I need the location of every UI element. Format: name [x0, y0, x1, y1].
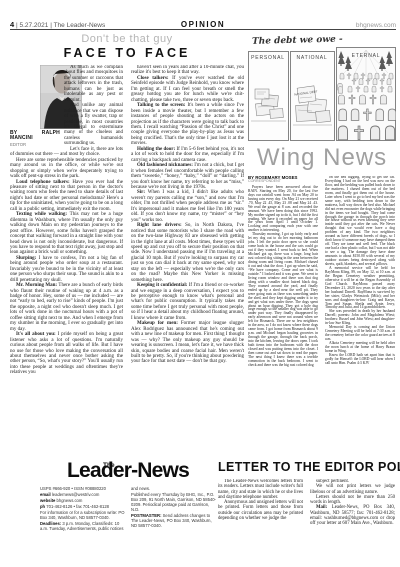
- wing-news-article: BY ROSEMARY MOSES CORRESPONDENT Prayers …: [248, 176, 396, 426]
- masthead-the: The: [103, 455, 115, 477]
- editorial-cartoon: The debt we owe -: [248, 35, 396, 141]
- panel-label-personal: PERSONAL: [251, 55, 285, 61]
- cartoon-panel-personal: PERSONAL: [249, 52, 289, 141]
- article-column-1: BY RALPH MANCINI EDITOR As much as we co…: [10, 65, 123, 453]
- wing-news-column-1-text: Prayers have been answered about the RAI…: [248, 186, 318, 368]
- letter-policy-column-1: The Leader-News welcomes letters from it…: [218, 479, 303, 547]
- cartoon-drawing: PERSONAL NATIONAL: [248, 47, 396, 141]
- page-header: 4 | 5.27.2021 | The Leader-News OPINION …: [10, 14, 396, 30]
- letter-policy-column-2: subject pertinent.We will not print lett…: [310, 479, 395, 547]
- article-kicker: Don't be that guy: [10, 33, 244, 45]
- author-byline: BY RALPH MANCINI: [10, 131, 60, 142]
- section-title: OPINION: [139, 20, 268, 29]
- letter-policy-headline: LETTER TO THE EDITOR POLICY: [218, 460, 396, 474]
- page-info: 4 | 5.27.2021 | The Leader-News: [10, 20, 139, 29]
- newspaper-opinion-page: 4 | 5.27.2021 | The Leader-News OPINION …: [0, 0, 400, 567]
- wing-news-byline-title: CORRESPONDENT: [248, 180, 318, 184]
- author-photo-block: BY RALPH MANCINI EDITOR: [10, 65, 60, 147]
- wing-news-column-2-text: on the bed digging, trying to get the ca…: [325, 176, 395, 366]
- masthead: The Leader-News USPS #666-920 • ISSN #08…: [40, 460, 216, 532]
- website-url: bhgnews.com: [267, 22, 396, 29]
- wing-news-headline: Wing News: [248, 144, 396, 172]
- cartoon-panel-national: NATIONAL NATIONAL DEBT: [291, 52, 335, 141]
- masthead-title: The Leader-News: [40, 460, 216, 482]
- wing-news-column-1: BY ROSEMARY MOSES CORRESPONDENT Prayers …: [248, 176, 318, 426]
- panel-label-eternal: ETERNAL: [352, 53, 381, 59]
- article-face-to-face: Don't be that guy FACE TO FACE BY RALPH: [10, 33, 244, 453]
- cartoon-title: The debt we owe -: [252, 33, 396, 47]
- masthead-details-right: and news.Published every Thursday by BHG…: [131, 486, 216, 532]
- article-column-2-text: haven't seen in years and after a 10-min…: [131, 65, 244, 365]
- letter-policy: LETTER TO THE EDITOR POLICY The Leader-N…: [218, 460, 396, 547]
- masthead-details-left: USPS #666-920 • ISSN #08880220email lead…: [40, 486, 125, 532]
- masthead-name: Leader-News: [67, 459, 189, 482]
- right-section: The debt we owe -: [248, 33, 396, 426]
- article-column-2: haven't seen in years and after a 10-min…: [131, 65, 244, 453]
- wing-news-column-2: on the bed digging, trying to get the ca…: [325, 176, 395, 426]
- author-title: EDITOR: [10, 142, 60, 147]
- panel-label-national: NATIONAL: [296, 55, 327, 61]
- article-headline: FACE TO FACE: [10, 46, 244, 60]
- cartoon-panel-eternal: ETERNAL: [337, 48, 396, 141]
